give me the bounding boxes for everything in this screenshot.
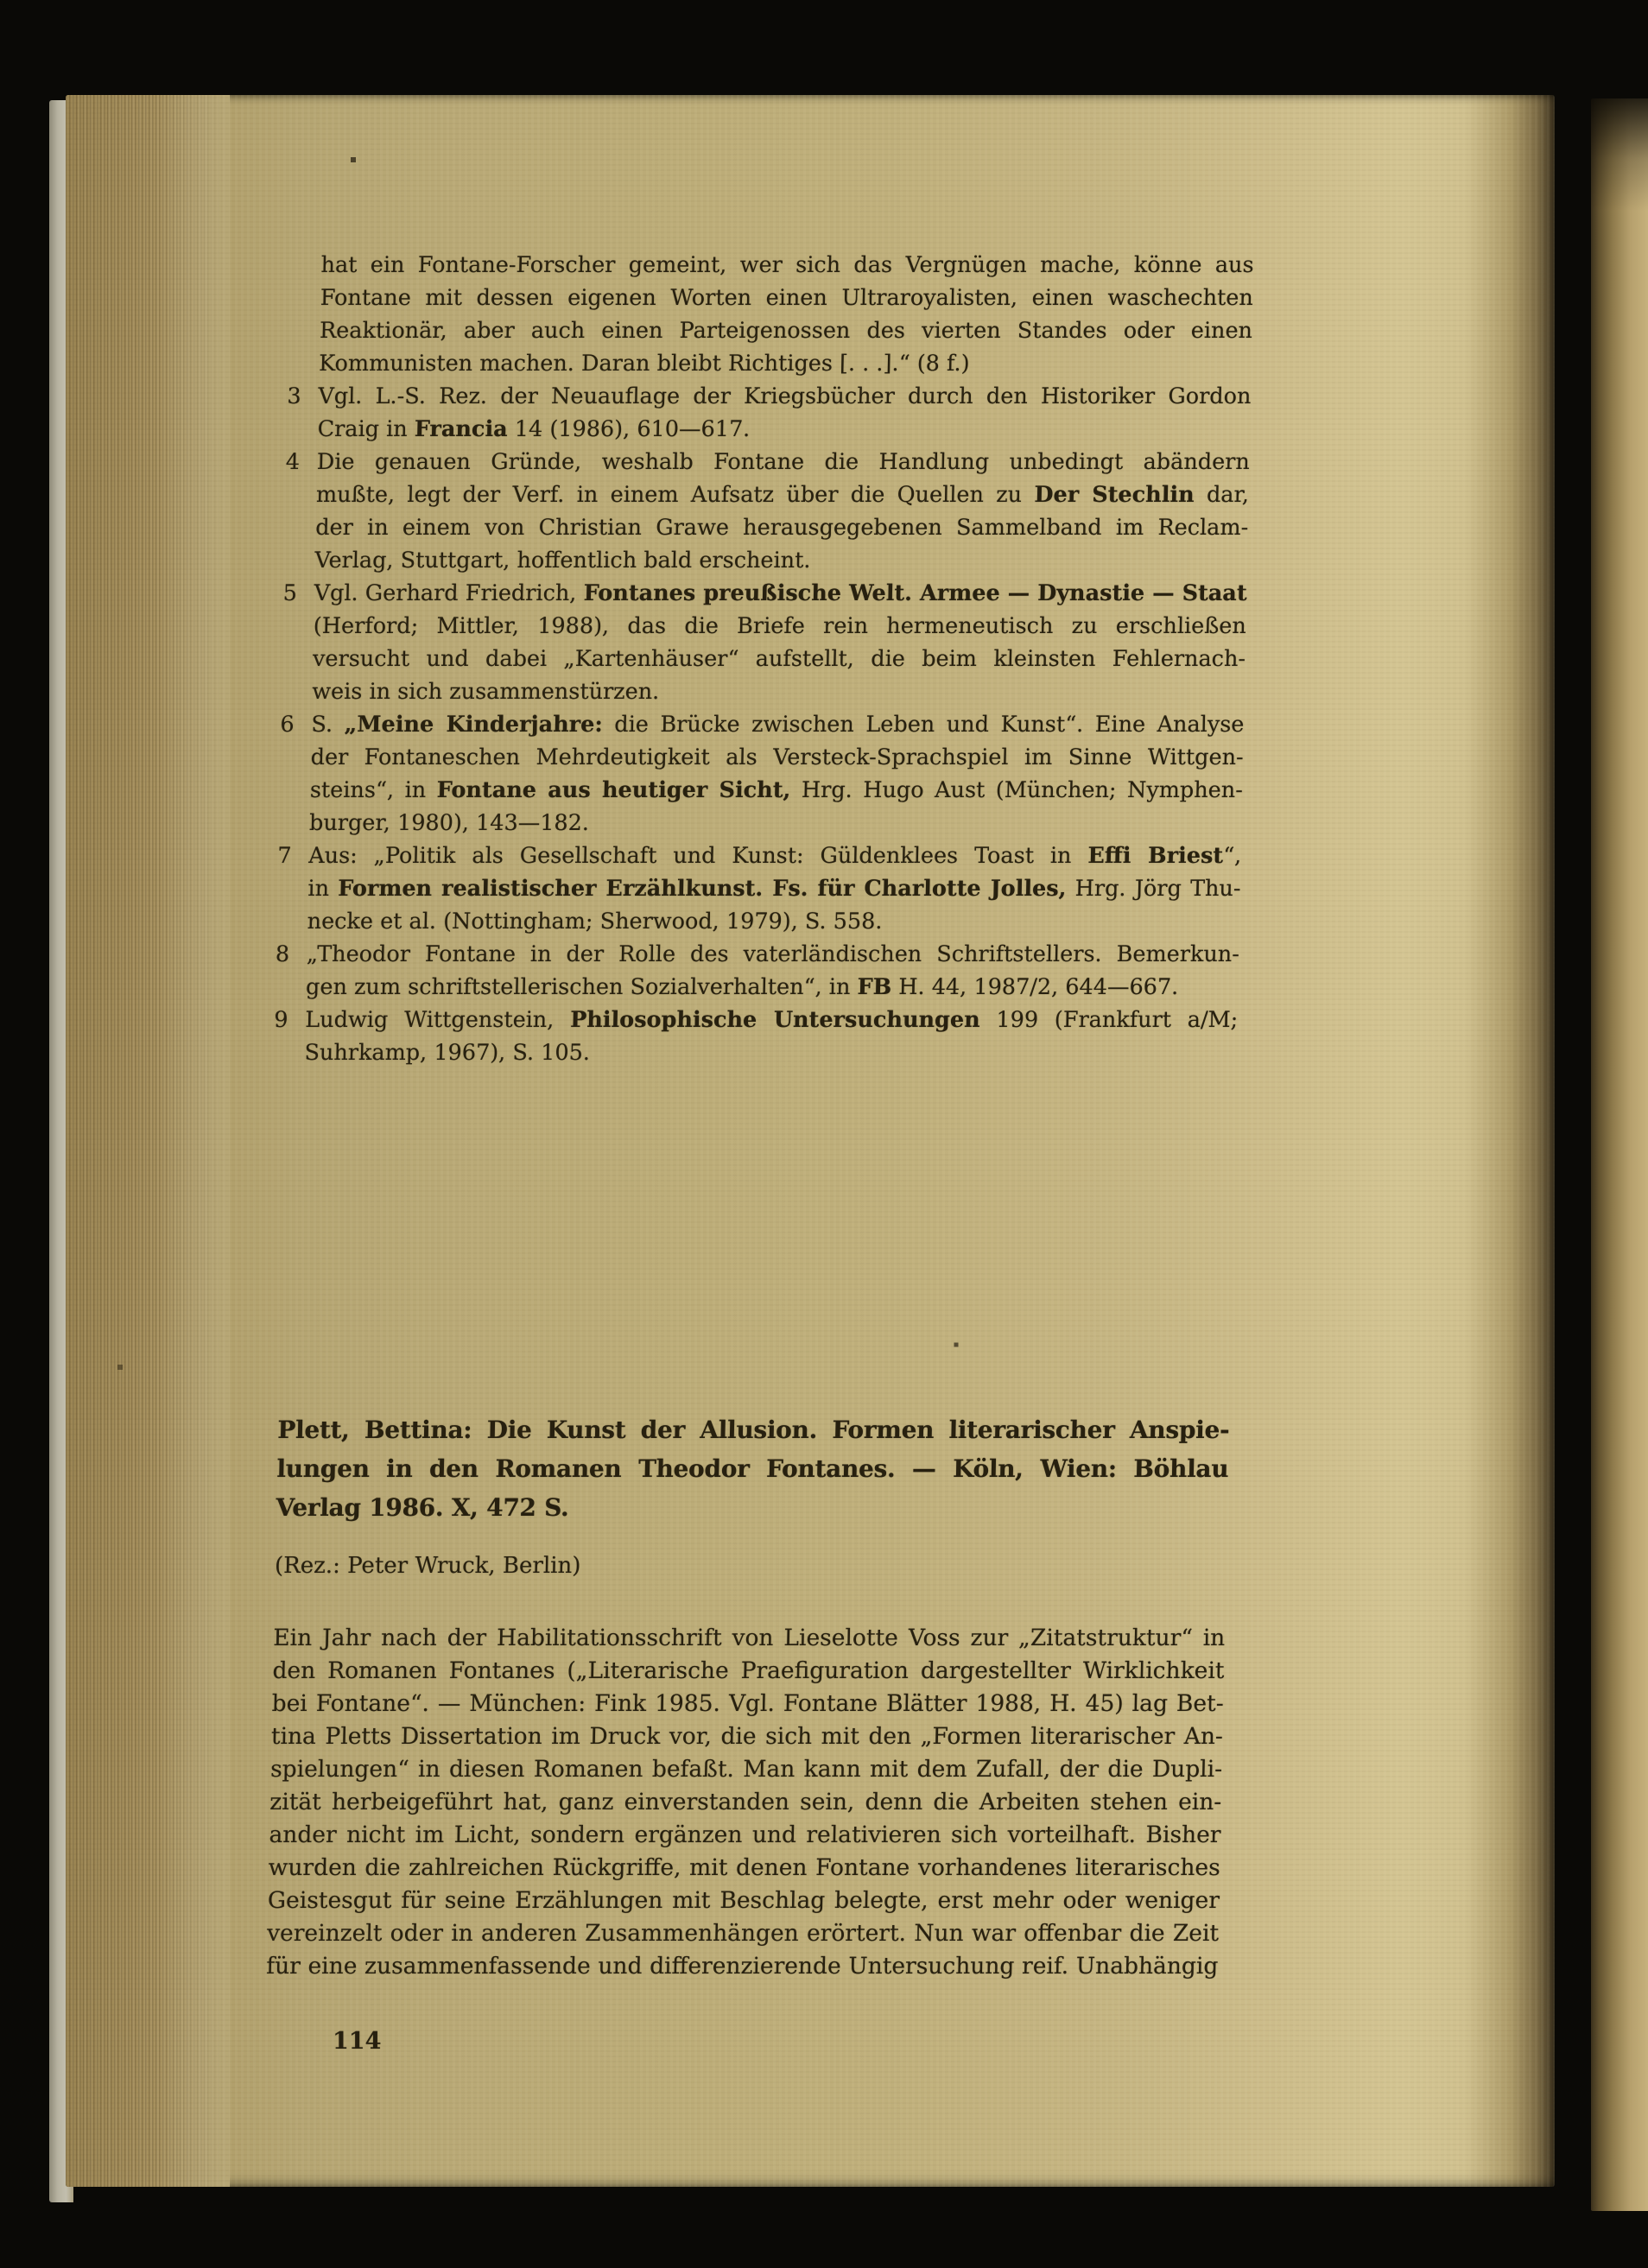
text-line: den Romanen Fontanes („Literarische Prae…: [272, 1655, 1225, 1688]
footnote-number: 4: [285, 446, 300, 478]
text-segment: FB: [857, 974, 891, 1000]
footnote-8: 8 „Theodor Fontane in der Rolle des vate…: [306, 938, 1240, 1004]
text-line: tina Pletts Dissertation im Druck vor, d…: [271, 1720, 1224, 1753]
adjacent-page-sliver: [1591, 98, 1648, 2211]
text-line: bei Fontane“. — München: Fink 1985. Vgl.…: [271, 1688, 1224, 1720]
text-segment: den Romanen Fontanes („Literarische Prae…: [272, 1657, 1225, 1684]
text-segment: Fontanes preußische Welt. Armee — Dynast…: [583, 580, 1247, 606]
text-segment: burger, 1980), 143—182.: [309, 810, 590, 836]
text-segment: Aus: „Politik als Gesellschaft und Kunst…: [308, 843, 1088, 869]
text-line: (Herford; Mittler, 1988), das die Briefe…: [313, 610, 1246, 643]
text-segment: „Meine Kinderjahre:: [344, 712, 603, 738]
footnote-number: 6: [280, 708, 295, 741]
footnote-text: Vgl. Gerhard Friedrich, Fontanes preußis…: [312, 577, 1247, 708]
page-content: hat ein Fontane-Forscher gemeint, wer si…: [284, 249, 1254, 2002]
footnote-4: 4 Die genauen Gründe, weshalb Fontane di…: [314, 446, 1250, 577]
text-segment: weis in sich zusammenstürzen.: [312, 679, 660, 705]
text-line: der in einem von Christian Grawe herausg…: [315, 511, 1249, 544]
text-segment: Vgl. Gerhard Friedrich,: [314, 580, 584, 606]
text-segment: die Brücke zwischen Leben und Kunst“. Ei…: [602, 712, 1244, 738]
scanned-book-photo: hat ein Fontane-Forscher gemeint, wer si…: [0, 0, 1648, 2268]
page-stack-edge: [66, 95, 230, 2187]
text-segment: Kommunisten machen. Daran bleibt Richtig…: [319, 351, 970, 377]
footnote-text: „Theodor Fontane in der Rolle des vaterl…: [306, 938, 1240, 1004]
text-line: gen zum schriftstellerischen Sozialverha…: [306, 971, 1239, 1004]
text-segment: für eine zusammenfassende und differenzi…: [266, 1953, 1219, 1980]
book-page: hat ein Fontane-Forscher gemeint, wer si…: [66, 95, 1555, 2187]
text-segment: in: [307, 876, 338, 902]
footnote-text: Die genauen Gründe, weshalb Fontane die …: [314, 446, 1250, 577]
text-segment: ander nicht im Licht, sondern ergänzen u…: [269, 1821, 1221, 1848]
text-line: burger, 1980), 143—182.: [309, 807, 1243, 839]
text-line: mußte, legt der Verf. in einem Aufsatz ü…: [316, 478, 1250, 511]
text-segment: Craig in: [317, 416, 415, 442]
footnote-5: 5 Vgl. Gerhard Friedrich, Fontanes preuß…: [312, 577, 1247, 708]
text-segment: Geistesgut für seine Erzählungen mit Bes…: [268, 1887, 1220, 1914]
text-line: „Theodor Fontane in der Rolle des vaterl…: [306, 938, 1239, 971]
text-line: spielungen“ in diesen Romanen befaßt. Ma…: [270, 1753, 1223, 1786]
text-segment: 14 (1986), 610—617.: [507, 416, 750, 442]
text-line: Plett, Bettina: Die Kunst der Allusion. …: [277, 1410, 1230, 1449]
text-line: ander nicht im Licht, sondern ergänzen u…: [269, 1819, 1221, 1852]
text-line: Vgl. Gerhard Friedrich, Fontanes preußis…: [314, 577, 1247, 610]
text-segment: H. 44, 1987/2, 644—667.: [891, 974, 1179, 1000]
review-heading: Plett, Bettina: Die Kunst der Allusion. …: [276, 1410, 1230, 1527]
text-line: wurden die zahlreichen Rückgriffe, mit d…: [268, 1852, 1220, 1885]
footnote-7: 7 Aus: „Politik als Gesellschaft und Kun…: [307, 839, 1241, 938]
text-line: lungen in den Romanen Theodor Fontanes. …: [276, 1449, 1229, 1488]
text-segment: Hrg. Hugo Aust (München; Nymphen-: [790, 777, 1243, 803]
footnote-3: 3 Vgl. L.-S. Rez. der Neuauflage der Kri…: [317, 380, 1252, 446]
text-segment: wurden die zahlreichen Rückgriffe, mit d…: [268, 1854, 1220, 1881]
text-segment: Ein Jahr nach der Habilitationsschrift v…: [273, 1625, 1226, 1651]
footnote-number: 7: [277, 839, 292, 872]
footnote-text: S. „Meine Kinderjahre: die Brücke zwisch…: [309, 708, 1245, 839]
text-segment: Hrg. Jörg Thu-: [1066, 876, 1241, 902]
footnote-text: Aus: „Politik als Gesellschaft und Kunst…: [307, 839, 1241, 938]
text-line: Suhrkamp, 1967), S. 105.: [304, 1036, 1238, 1069]
text-segment: Die genauen Gründe, weshalb Fontane die …: [317, 449, 1251, 475]
text-line: Ludwig Wittgenstein, Philosophische Unte…: [305, 1004, 1239, 1036]
text-line: steins“, in Fontane aus heutiger Sicht, …: [309, 774, 1243, 807]
text-segment: bei Fontane“. — München: Fink 1985. Vgl.…: [271, 1690, 1224, 1717]
text-line: Verlag 1986. X, 472 S.: [276, 1488, 1228, 1527]
text-line: zität herbeigeführt hat, ganz einverstan…: [269, 1786, 1222, 1819]
text-segment: (Herford; Mittler, 1988), das die Briefe…: [314, 613, 1247, 639]
text-line: Craig in Francia 14 (1986), 610—617.: [317, 413, 1251, 446]
text-line: Ein Jahr nach der Habilitationsschrift v…: [273, 1622, 1226, 1655]
text-segment: necke et al. (Nottingham; Sherwood, 1979…: [307, 909, 882, 934]
text-line: Vgl. L.-S. Rez. der Neuauflage der Krieg…: [318, 380, 1252, 413]
text-segment: Effi Briest: [1087, 843, 1223, 869]
text-line: hat ein Fontane-Forscher gemeint, wer si…: [320, 249, 1254, 282]
text-segment: zität herbeigeführt hat, ganz einverstan…: [269, 1789, 1222, 1815]
text-line: in Formen realistischer Erzählkunst. Fs.…: [307, 872, 1241, 905]
text-segment: „Theodor Fontane in der Rolle des vaterl…: [307, 941, 1240, 967]
page-number: 114: [333, 2028, 381, 2055]
text-segment: Fontane aus heutiger Sicht,: [436, 777, 790, 803]
text-segment: steins“, in: [310, 777, 437, 803]
text-line: Die genauen Gründe, weshalb Fontane die …: [316, 446, 1250, 478]
review-body: Ein Jahr nach der Habilitationsschrift v…: [266, 1622, 1226, 1983]
text-line: versucht und dabei „Kartenhäuser“ aufste…: [313, 643, 1246, 675]
footnote-number: 9: [274, 1004, 288, 1036]
text-segment: dar,: [1194, 482, 1249, 508]
text-segment: Ludwig Wittgenstein,: [305, 1007, 570, 1033]
text-segment: Verlag 1986. X, 472 S.: [276, 1493, 569, 1522]
text-segment: Philosophische Untersuchungen: [570, 1007, 980, 1033]
text-segment: der in einem von Christian Grawe herausg…: [315, 515, 1249, 541]
text-line: der Fontaneschen Mehrdeutigkeit als Vers…: [310, 741, 1244, 774]
text-segment: spielungen“ in diesen Romanen befaßt. Ma…: [270, 1756, 1223, 1783]
text-segment: mußte, legt der Verf. in einem Aufsatz ü…: [316, 482, 1035, 508]
text-segment: Vgl. L.-S. Rez. der Neuauflage der Krieg…: [318, 383, 1252, 409]
text-segment: versucht und dabei „Kartenhäuser“ aufste…: [313, 646, 1246, 672]
text-segment: lungen in den Romanen Theodor Fontanes. …: [276, 1454, 1229, 1483]
text-segment: Francia: [414, 416, 508, 442]
footnote-text: Ludwig Wittgenstein, Philosophische Unte…: [304, 1004, 1239, 1069]
text-segment: “,: [1223, 843, 1242, 869]
text-segment: vereinzelt oder in anderen Zusammenhänge…: [267, 1920, 1220, 1947]
text-segment: Reaktionär, aber auch einen Parteigenoss…: [320, 318, 1253, 344]
reviewer-credit: (Rez.: Peter Wruck, Berlin): [275, 1550, 1227, 1581]
text-line: Fontane mit dessen eigenen Worten einen …: [320, 282, 1253, 314]
text-segment: Der Stechlin: [1034, 482, 1195, 508]
text-segment: gen zum schriftstellerischen Sozialverha…: [306, 974, 858, 1000]
text-segment: Verlag, Stuttgart, hoffentlich bald ersc…: [314, 548, 811, 573]
text-segment: Fontane mit dessen eigenen Worten einen …: [320, 285, 1253, 311]
text-line: Kommunisten machen. Daran bleibt Richtig…: [319, 347, 1252, 380]
text-segment: Plett, Bettina: Die Kunst der Allusion. …: [277, 1416, 1230, 1444]
footnote-number: 8: [275, 938, 289, 971]
text-line: Geistesgut für seine Erzählungen mit Bes…: [268, 1885, 1220, 1917]
footnote-number: 3: [287, 380, 301, 413]
text-line: vereinzelt oder in anderen Zusammenhänge…: [267, 1917, 1220, 1950]
footnote-number: 5: [282, 577, 297, 610]
footnote-2-continuation: hat ein Fontane-Forscher gemeint, wer si…: [319, 249, 1254, 380]
text-line: Reaktionär, aber auch einen Parteigenoss…: [320, 314, 1253, 347]
text-line: necke et al. (Nottingham; Sherwood, 1979…: [307, 905, 1240, 938]
footnote-6: 6 S. „Meine Kinderjahre: die Brücke zwis…: [309, 708, 1245, 839]
footnote-9: 9 Ludwig Wittgenstein, Philosophische Un…: [304, 1004, 1239, 1069]
text-line: Verlag, Stuttgart, hoffentlich bald ersc…: [314, 544, 1248, 577]
footnote-text: Vgl. L.-S. Rez. der Neuauflage der Krieg…: [317, 380, 1252, 446]
text-line: weis in sich zusammenstürzen.: [312, 675, 1246, 708]
text-line: S. „Meine Kinderjahre: die Brücke zwisch…: [311, 708, 1245, 741]
text-segment: S.: [311, 712, 345, 738]
text-segment: hat ein Fontane-Forscher gemeint, wer si…: [320, 252, 1254, 278]
text-segment: der Fontaneschen Mehrdeutigkeit als Vers…: [310, 744, 1244, 770]
paper-specks: [66, 95, 67, 97]
text-segment: tina Pletts Dissertation im Druck vor, d…: [271, 1723, 1224, 1750]
text-line: Aus: „Politik als Gesellschaft und Kunst…: [308, 839, 1242, 872]
text-segment: 199 (Frankfurt a/M;: [979, 1007, 1238, 1033]
text-segment: Suhrkamp, 1967), S. 105.: [304, 1040, 590, 1066]
text-segment: Formen realistischer Erzählkunst. Fs. fü…: [338, 876, 1067, 902]
text-line: für eine zusammenfassende und differenzi…: [266, 1950, 1219, 1983]
